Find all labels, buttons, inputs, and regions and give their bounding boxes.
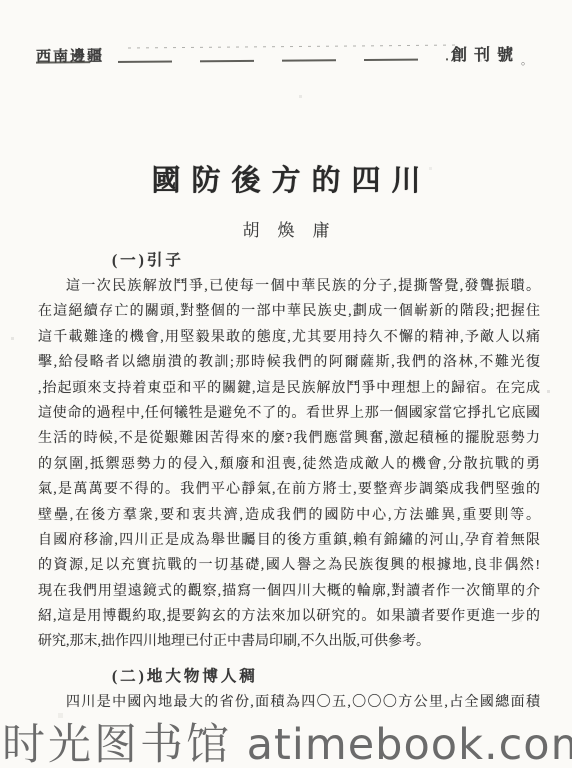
page-header: 西南邊疆 創刊號 。 bbox=[0, 40, 572, 70]
article-title: 國防後方的四川 bbox=[0, 158, 572, 199]
article-body: (一)引子 這一次民族解放鬥爭,已使每一個中華民族的分子,提撕警覺,發聾振聵。 … bbox=[38, 248, 540, 715]
text-line: ,抬起頭來支持着東亞和平的關鍵,這是民族解放鬥爭中理想上的歸宿。在完成 bbox=[38, 376, 540, 401]
scan-artifacts bbox=[0, 0, 1, 1]
issue-label: 創刊號 bbox=[451, 42, 520, 65]
header-rule-dotted bbox=[128, 45, 458, 49]
text-line: 生活的時候,不是從艱難困苦得來的麼?我們應當興奮,激起積極的擺脫惡勢力 bbox=[38, 426, 540, 451]
watermark-domain-text: atimebook.com bbox=[232, 720, 572, 768]
text-line: 在這絕續存亡的關頭,對整個的一部中華民族史,劃成一個嶄新的階段;把握住 bbox=[38, 299, 540, 324]
text-line: 這使命的過程中,任何犧牲是避免不了的。看世界上那一個國家當它掙扎它底國 bbox=[38, 401, 540, 426]
text-line: 的氛圍,抵禦惡勢力的侵入,頹廢和沮喪,徒然造成敵人的機會,分散抗戰的勇 bbox=[38, 452, 540, 477]
text-line: 壁壘,在後方羣衆,要和衷共濟,造成我們的國防中心,方法雖異,重要則等。 bbox=[38, 503, 540, 528]
text-line: 現在我們用望遠鏡式的觀察,描寫一個四川大概的輪廓,對讀者作一次簡單的介 bbox=[38, 579, 540, 604]
section-heading-2: (二)地大物博人稠 bbox=[112, 664, 540, 690]
issue-label-mark: 。 bbox=[521, 52, 532, 68]
scanned-page: 西南邊疆 創刊號 。 國防後方的四川 胡煥庸 (一)引子 這一次民族解放鬥爭,已… bbox=[0, 0, 572, 768]
text-line: 紹,這是用博觀約取,提要鈎玄的方法來加以研究的。如果讀者要作更進一步的 bbox=[38, 604, 540, 629]
article-author: 胡煥庸 bbox=[0, 216, 572, 241]
text-line: 這千載難逢的機會,用堅毅果敢的態度,尤其要用持久不懈的精神,予敵人以痛 bbox=[38, 325, 540, 350]
section-heading-1: (一)引子 bbox=[112, 248, 540, 274]
text-line: 的資源,足以充實抗戰的一切基礎,國人譽之為民族復興的根據地,良非偶然! bbox=[38, 553, 540, 578]
text-line: 四川是中國內地最大的省份,面積為四〇五,〇〇〇方公里,占全國總面積 bbox=[38, 690, 540, 715]
text-line: 研究,那末,拙作四川地理已付正中書局印刷,不久出版,可供參考。 bbox=[38, 629, 540, 654]
text-line: 自國府移渝,四川正是成為舉世矚目的後方重鎮,賴有錦繡的河山,孕育着無限 bbox=[38, 528, 540, 553]
text-line: 擊,給侵略者以總崩潰的教訓;那時候我們的阿爾薩斯,我們的洛林,不難光復 bbox=[38, 350, 540, 375]
text-line: 這一次民族解放鬥爭,已使每一個中華民族的分子,提撕警覺,發聾振聵。 bbox=[38, 274, 540, 299]
watermark-cjk-text: 时光图书馆 bbox=[2, 720, 232, 768]
watermark: 时光图书馆 atimebook.com bbox=[2, 722, 572, 768]
text-line: 氣,是萬萬要不得的。我們平心靜氣,在前方將士,要整齊步調築成我們堅強的 bbox=[38, 477, 540, 502]
